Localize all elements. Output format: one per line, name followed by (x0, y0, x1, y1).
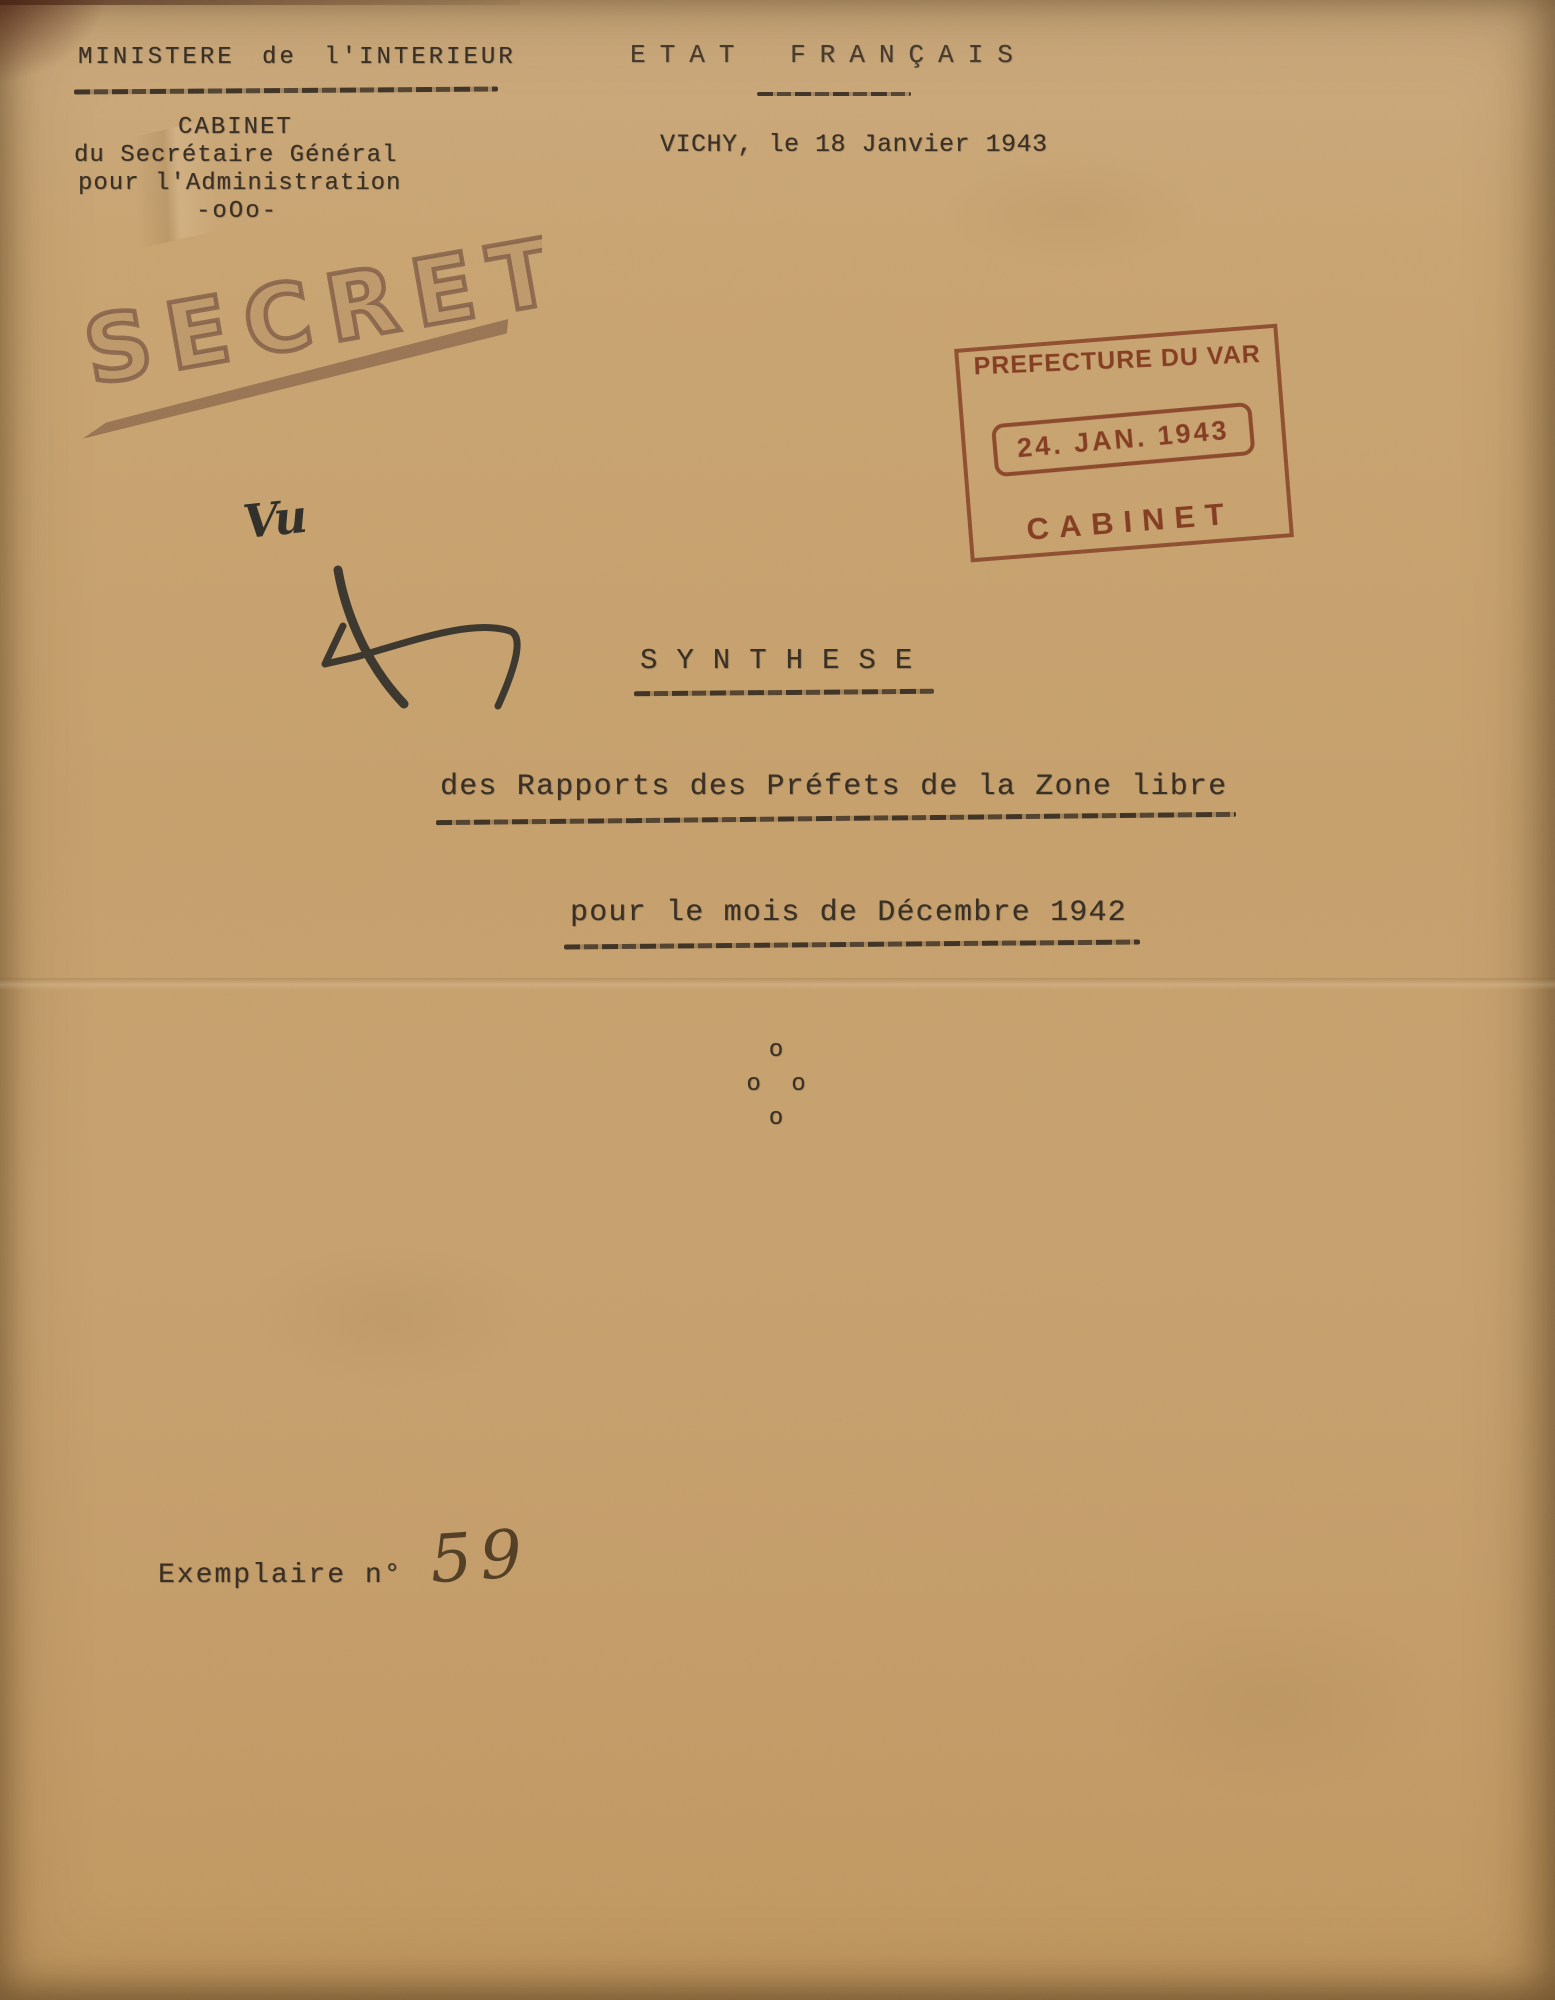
secret-stamp: SECRET (52, 186, 542, 486)
scan-edge-shadow (0, 0, 520, 5)
state-underline (757, 92, 911, 96)
subtitle-line1: des Rapports des Préfets de la Zone libr… (440, 770, 1227, 804)
secretary-line: du Secrétaire Général (74, 142, 397, 169)
dateline: VICHY, le 18 Janvier 1943 (660, 130, 1048, 159)
subtitle2-underline (564, 939, 1140, 949)
ministry-underline (74, 87, 498, 95)
prefecture-stamp-office: CABINET (1025, 496, 1235, 548)
state-heading: ETAT FRANÇAIS (630, 40, 1027, 70)
paper-stain (940, 150, 1200, 270)
dot-row: o o (736, 1068, 816, 1102)
paper-stain (240, 1240, 540, 1390)
dot-row: o (736, 1102, 816, 1136)
paper-stain (1100, 1600, 1440, 1800)
ministry-heading: MINISTERE de l'INTERIEUR (78, 44, 516, 71)
prefecture-stamp: PREFECTURE DU VAR 24. JAN. 1943 CABINET (954, 324, 1294, 563)
handwritten-copy-number: 59 (427, 1515, 532, 1599)
handwritten-paraph (230, 470, 550, 730)
paper-fold-line (0, 978, 1555, 990)
dot-row: o (736, 1034, 816, 1068)
prefecture-stamp-date: 24. JAN. 1943 (991, 402, 1256, 478)
prefecture-stamp-name: PREFECTURE DU VAR (973, 340, 1261, 382)
cabinet-line: CABINET (178, 114, 293, 141)
dot-separator: o o o o (736, 1034, 816, 1136)
title-underline (634, 689, 934, 697)
copy-number-label: Exemplaire n° (158, 1560, 402, 1591)
scan-corner-shadow (0, 0, 110, 84)
subtitle1-underline (436, 812, 1236, 825)
scanned-document-page: MINISTERE de l'INTERIEUR CABINET du Secr… (0, 0, 1555, 2000)
subtitle-line2: pour le mois de Décembre 1942 (570, 896, 1127, 930)
title-synthese: SYNTHESE (640, 644, 931, 677)
